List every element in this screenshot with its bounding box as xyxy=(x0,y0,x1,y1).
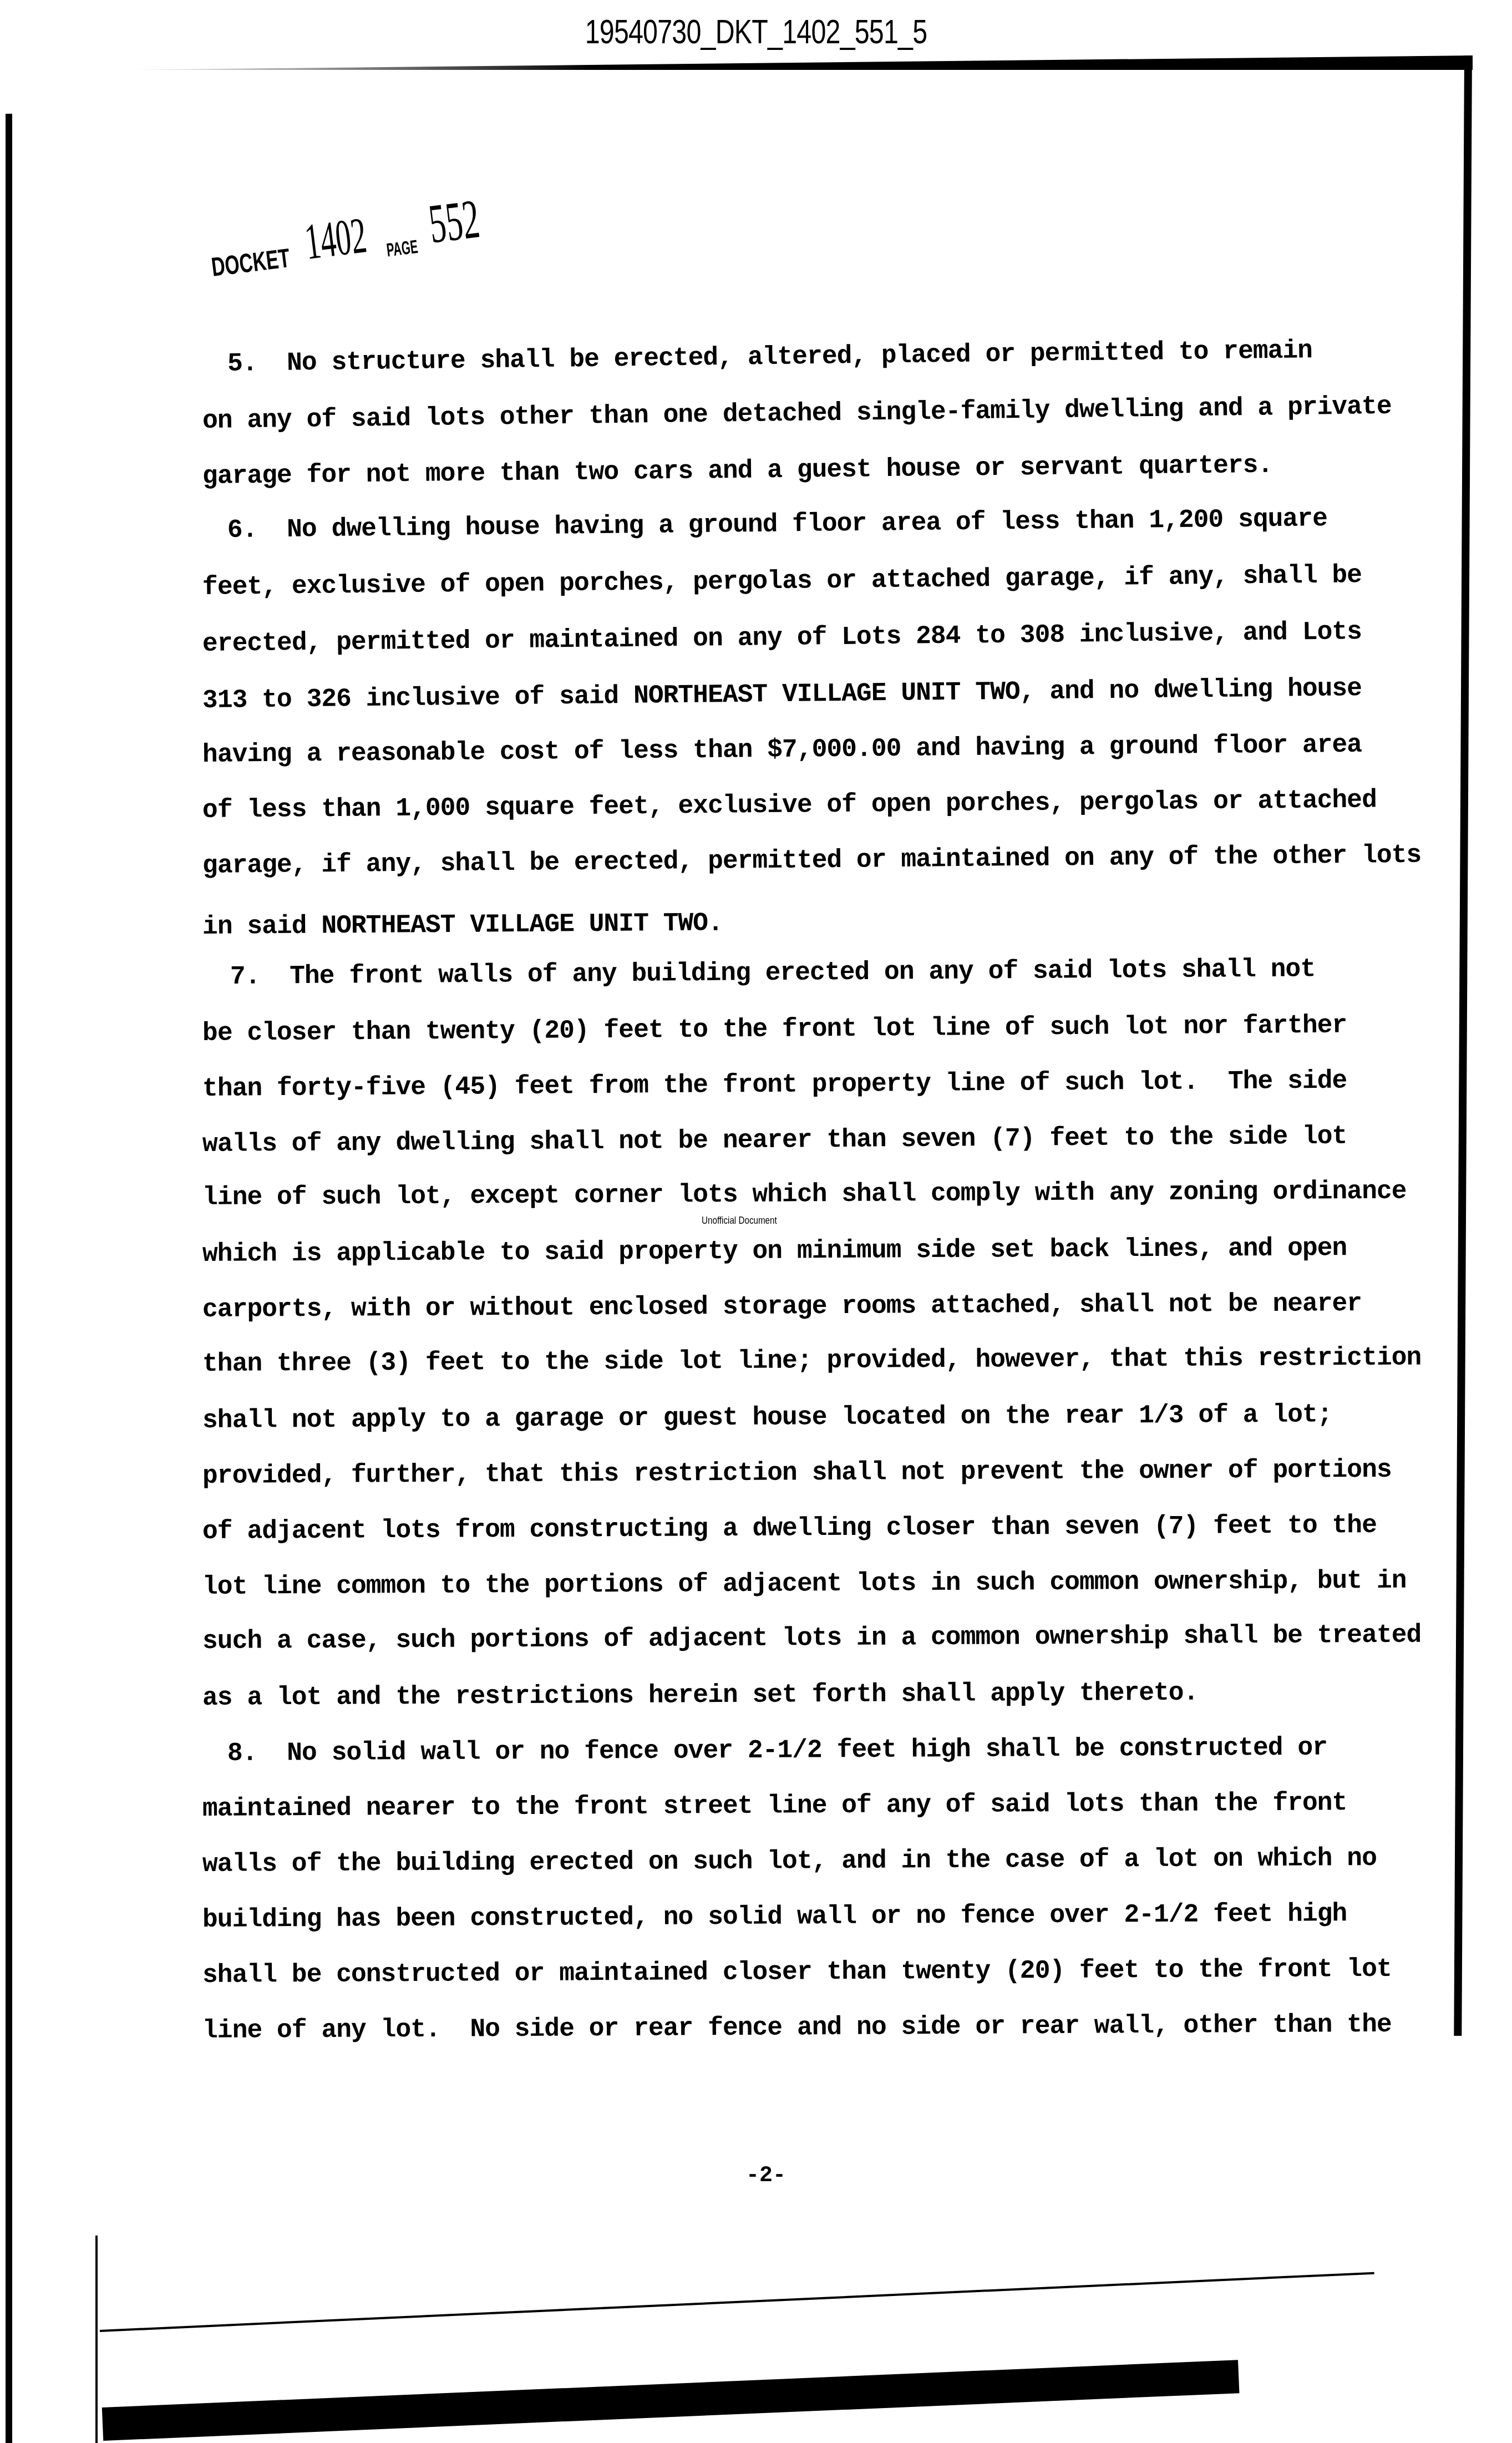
scan-frame-top xyxy=(119,55,1473,70)
document-line: provided, further, that this restriction… xyxy=(202,1456,1392,1491)
document-line: in said NORTHEAST VILLAGE UNIT TWO. xyxy=(202,909,723,942)
document-line: be closer than twenty (20) feet to the f… xyxy=(202,1011,1347,1048)
document-line: walls of any dwelling shall not be neare… xyxy=(202,1122,1347,1159)
scan-frame-right xyxy=(1454,55,1472,2036)
document-line: 7. The front walls of any building erect… xyxy=(230,955,1315,992)
document-line: garage, if any, shall be erected, permit… xyxy=(202,841,1422,881)
document-line: walls of the building erected on such lo… xyxy=(202,1844,1377,1879)
scan-frame-bottom xyxy=(100,2272,1374,2332)
document-line: of adjacent lots from constructing a dwe… xyxy=(202,1511,1377,1547)
document-line: than three (3) feet to the side lot line… xyxy=(202,1343,1422,1379)
document-line: 313 to 326 inclusive of said NORTHEAST V… xyxy=(202,674,1362,716)
document-line: carports, with or without enclosed stora… xyxy=(202,1289,1362,1325)
scan-frame-bottom-shadow xyxy=(102,2360,1240,2441)
document-line: shall not apply to a garage or guest hou… xyxy=(202,1400,1332,1436)
document-line: than forty-five (45) feet from the front… xyxy=(202,1067,1347,1104)
document-line: lot line common to the portions of adjac… xyxy=(202,1567,1407,1602)
docket-stamp: DOCKET 1402 PAGE 552 xyxy=(206,183,515,283)
document-line: on any of said lots other than one detac… xyxy=(202,392,1392,436)
document-line: garage for not more than two cars and a … xyxy=(202,451,1273,491)
document-line: which is applicable to said property on … xyxy=(202,1234,1347,1269)
document-line: such a case, such portions of adjacent l… xyxy=(202,1620,1422,1656)
document-line: line of such lot, except corner lots whi… xyxy=(202,1177,1407,1213)
docket-label: DOCKET xyxy=(210,243,292,283)
page-stamp-number: 552 xyxy=(425,186,483,256)
document-line: as a lot and the restrictions herein set… xyxy=(202,1679,1199,1713)
page-footer: -2- xyxy=(746,2163,786,2188)
document-line: having a reasonable cost of less than $7… xyxy=(202,731,1362,770)
page-label: PAGE xyxy=(385,236,419,262)
watermark: Unofficial Document xyxy=(702,1215,777,1227)
document-line: erected, permitted or maintained on any … xyxy=(202,617,1362,659)
file-header: 19540730_DKT_1402_551_5 xyxy=(166,12,1346,52)
document-line: shall be constructed or maintained close… xyxy=(202,1955,1392,1990)
scan-frame-inner-left xyxy=(95,2236,98,2443)
document-line: 8. No solid wall or no fence over 2-1/2 … xyxy=(227,1734,1327,1768)
document-line: 5. No structure shall be erected, altere… xyxy=(227,336,1313,379)
document-line: building has been constructed, no solid … xyxy=(202,1899,1347,1935)
document-line: of less than 1,000 square feet, exclusiv… xyxy=(202,786,1377,825)
document-line: line of any lot. No side or rear fence a… xyxy=(202,2010,1392,2046)
docket-number: 1402 xyxy=(301,205,369,271)
document-line: 6. No dwelling house having a ground flo… xyxy=(227,504,1327,545)
scan-frame-left xyxy=(6,114,12,2443)
document-line: maintained nearer to the front street li… xyxy=(202,1788,1347,1824)
document-line: feet, exclusive of open porches, pergola… xyxy=(202,561,1362,602)
